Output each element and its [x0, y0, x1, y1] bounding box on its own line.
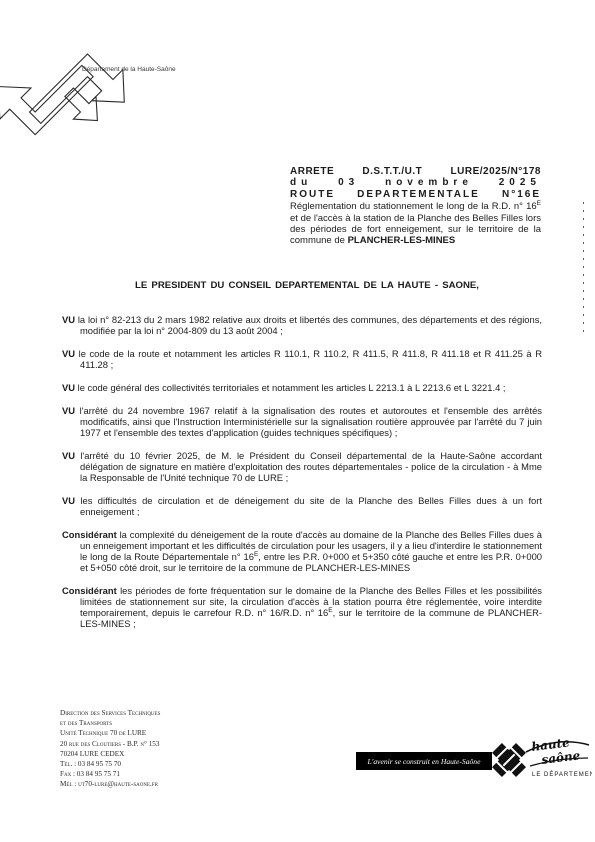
paragraph: VU le code de la route et notamment les …: [62, 348, 542, 370]
footer-address: Direction des Services Techniqueset des …: [60, 708, 160, 790]
footer-line: 70204 LURE CEDEX: [60, 749, 160, 759]
document-page: Département de la Haute-Saône ARRETE D.S…: [0, 0, 595, 842]
haute-saone-logo: haute saône LE DÉPARTEMENT: [492, 736, 592, 794]
paragraph-label: Considérant: [62, 585, 117, 596]
paragraph: VU les difficultés de circulation et de …: [62, 495, 542, 517]
logo-caption: Département de la Haute-Saône: [82, 66, 176, 73]
slogan-text: L'avenir se construit en Haute-Saône: [368, 757, 481, 766]
paragraph-label: VU: [62, 405, 75, 416]
paragraph: VU l'arrêté du 10 février 2025, de M. le…: [62, 450, 542, 483]
paragraph-label: VU: [62, 348, 75, 359]
footer-line: Unité Technique 70 de LURE: [60, 728, 160, 738]
paragraph-label: VU: [62, 495, 75, 506]
arrete-reference: ARRETE D.S.T.T./U.T LURE/2025/N°178: [290, 166, 541, 177]
paragraph-label: Considérant: [62, 529, 117, 540]
footer-line: Tél. : 03 84 95 75 70: [60, 759, 160, 769]
fold-mark: [583, 202, 584, 334]
paragraph-label: VU: [62, 382, 75, 393]
footer-line: 20 rue des Cloutiers - B.P. n° 153: [60, 739, 160, 749]
crossed-bars-icon: [492, 742, 527, 777]
departement-logo-icon: [10, 30, 125, 170]
paragraph-label: VU: [62, 314, 75, 325]
arrete-route-title: ROUTE DEPARTEMENTALE N°16E: [290, 189, 541, 200]
arrete-subject: Réglementation du stationnement le long …: [290, 201, 541, 247]
paragraph: VU l'arrêté du 24 novembre 1967 relatif …: [62, 405, 542, 438]
paragraph-label: VU: [62, 450, 75, 461]
paragraph-list: VU la loi n° 82-213 du 2 mars 1982 relat…: [62, 314, 542, 641]
arrete-date: du 03 novembre 2025: [290, 177, 541, 188]
paragraph: Considérant les périodes de forte fréque…: [62, 585, 542, 629]
president-heading: LE PRESIDENT DU CONSEIL DEPARTEMENTAL DE…: [72, 280, 542, 291]
logo-word-departement: LE DÉPARTEMENT: [532, 771, 592, 778]
paragraph: Considérant la complexité du déneigement…: [62, 529, 542, 573]
footer-line: Direction des Services Techniques: [60, 708, 160, 718]
paragraph: VU le code général des collectivités ter…: [62, 382, 542, 393]
footer-line: Mél : ut70-lure@haute-saone.fr: [60, 779, 160, 789]
slogan-banner: L'avenir se construit en Haute-Saône: [356, 752, 492, 770]
footer-line: Fax : 03 84 95 75 71: [60, 769, 160, 779]
footer-line: et des Transports: [60, 718, 160, 728]
paragraph: VU la loi n° 82-213 du 2 mars 1982 relat…: [62, 314, 542, 336]
arrete-header: ARRETE D.S.T.T./U.T LURE/2025/N°178 du 0…: [290, 166, 541, 247]
